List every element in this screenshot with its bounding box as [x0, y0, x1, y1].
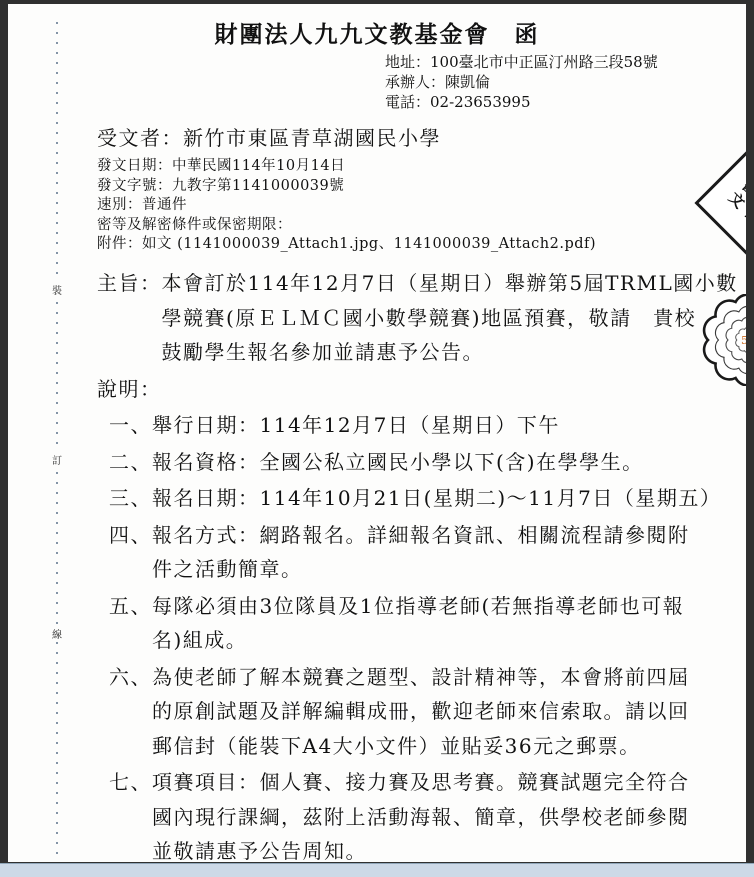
subject-line: 學競賽(原ＥＬＭＣ國小數學競賽)地區預賽，敬請 貴校 — [162, 301, 738, 336]
seam-stamp: 會文 騎縫 — [694, 146, 746, 259]
list-item: 七、項賽項目：個人賽、接力賽及思考賽。競賽試題完全符合國內現行課綱，茲附上活動海… — [109, 765, 717, 862]
document-body: 主旨： 本會訂於114年12月7日（星期日）舉辦第5屆TRML國小數學競賽(原Ｅ… — [97, 266, 717, 862]
item-text: 為使老師了解本競賽之題型、設計精神等，本會將前四屆的原創試題及詳解編輯成冊，歡迎… — [152, 660, 690, 764]
meta-line: 速別：普通件 — [97, 196, 596, 216]
flower-seal-icon: 5 — [702, 294, 746, 386]
item-number: 七、 — [109, 765, 152, 800]
document-title: 財團法人九九文教基金會 函 — [8, 16, 746, 49]
list-item: 五、每隊必須由3位隊員及1位指導老師(若無指導老師也可報名)組成。 — [109, 589, 717, 658]
binding-dotted-line — [56, 22, 58, 856]
item-text: 報名資格：全國公私立國民小學以下(含)在學學生。 — [152, 445, 644, 480]
document-meta-block: 發文日期：中華民國114年10月14日發文字號：九教字第1141000039號速… — [97, 157, 596, 255]
item-text: 每隊必須由3位隊員及1位指導老師(若無指導老師也可報名)組成。 — [152, 589, 684, 658]
description-items: 一、舉行日期：114年12月7日（星期日）下午二、報名資格：全國公私立國民小學以… — [97, 408, 717, 862]
text-line: 報名方式：網路報名。詳細報名資訊、相關流程請參閱附 — [152, 518, 690, 553]
item-text: 報名日期：114年10月21日(星期二)～11月7日（星期五） — [152, 481, 721, 516]
item-number: 三、 — [109, 481, 152, 516]
subject-label: 主旨： — [97, 266, 162, 301]
list-item: 一、舉行日期：114年12月7日（星期日）下午 — [109, 408, 717, 443]
meta-line: 密等及解密條件或保密期限： — [97, 216, 596, 236]
list-item: 四、報名方式：網路報名。詳細報名資訊、相關流程請參閱附件之活動簡章。 — [109, 518, 717, 587]
recipient-line: 受文者：新竹市東區青草湖國民小學 — [97, 122, 441, 151]
text-line: 報名日期：114年10月21日(星期二)～11月7日（星期五） — [152, 481, 721, 516]
horizontal-scrollbar[interactable] — [0, 863, 754, 877]
binding-mark: 線 — [48, 626, 66, 641]
text-line: 郵信封（能裝下A4大小文件）並貼妥36元之郵票。 — [152, 729, 690, 764]
sender-contact-block: 地址：100臺北市中正區汀州路三段58號 承辦人：陳凱倫 電話：02-23653… — [385, 52, 658, 112]
text-line: 項賽項目：個人賽、接力賽及思考賽。競賽試題完全符合 — [152, 765, 690, 800]
meta-line: 附件：如文 (1141000039_Attach1.jpg、1141000039… — [97, 235, 596, 255]
list-item: 三、報名日期：114年10月21日(星期二)～11月7日（星期五） — [109, 481, 717, 516]
text-line: 件之活動簡章。 — [152, 552, 690, 587]
item-number: 五、 — [109, 589, 152, 624]
sender-contact-person: 承辦人：陳凱倫 — [385, 72, 658, 92]
list-item: 二、報名資格：全國公私立國民小學以下(含)在學學生。 — [109, 445, 717, 480]
text-line: 為使老師了解本競賽之題型、設計精神等，本會將前四屆 — [152, 660, 690, 695]
subject-text: 本會訂於114年12月7日（星期日）舉辦第5屆TRML國小數學競賽(原ＥＬＭＣ國… — [162, 266, 738, 370]
description-label: 說明： — [97, 372, 717, 407]
text-line: 每隊必須由3位隊員及1位指導老師(若無指導老師也可報 — [152, 589, 684, 624]
item-number: 四、 — [109, 518, 152, 553]
list-item: 六、為使老師了解本競賽之題型、設計精神等，本會將前四屆的原創試題及詳解編輯成冊，… — [109, 660, 717, 764]
document-page: 財團法人九九文教基金會 函 地址：100臺北市中正區汀州路三段58號 承辦人：陳… — [8, 4, 746, 862]
meta-line: 發文日期：中華民國114年10月14日 — [97, 157, 596, 177]
binding-mark: 裝 — [48, 282, 66, 297]
binding-mark: 訂 — [48, 452, 66, 467]
item-text: 報名方式：網路報名。詳細報名資訊、相關流程請參閱附件之活動簡章。 — [152, 518, 690, 587]
text-line: 報名資格：全國公私立國民小學以下(含)在學學生。 — [152, 445, 644, 480]
meta-line: 發文字號：九教字第1141000039號 — [97, 177, 596, 197]
text-line: 名)組成。 — [152, 623, 684, 658]
seam-stamp-text: 會文 — [722, 174, 746, 214]
sender-address: 地址：100臺北市中正區汀州路三段58號 — [385, 52, 658, 72]
subject-row: 主旨： 本會訂於114年12月7日（星期日）舉辦第5屆TRML國小數學競賽(原Ｅ… — [97, 266, 717, 370]
item-number: 一、 — [109, 408, 152, 443]
text-line: 的原創試題及詳解編輯成冊，歡迎老師來信索取。請以回 — [152, 694, 690, 729]
subject-line: 本會訂於114年12月7日（星期日）舉辦第5屆TRML國小數 — [162, 266, 738, 301]
sender-phone: 電話：02-23653995 — [385, 92, 658, 112]
text-line: 並敬請惠予公告周知。 — [152, 834, 690, 862]
item-number: 六、 — [109, 660, 152, 695]
text-line: 國內現行課綱，茲附上活動海報、簡章，供學校老師參閱 — [152, 800, 690, 835]
item-number: 二、 — [109, 445, 152, 480]
item-text: 項賽項目：個人賽、接力賽及思考賽。競賽試題完全符合國內現行課綱，茲附上活動海報、… — [152, 765, 690, 862]
subject-line: 鼓勵學生報名參加並請惠予公告。 — [162, 335, 738, 370]
text-line: 舉行日期：114年12月7日（星期日）下午 — [152, 408, 560, 443]
flower-seal-mark: 5 — [741, 334, 746, 347]
item-text: 舉行日期：114年12月7日（星期日）下午 — [152, 408, 560, 443]
